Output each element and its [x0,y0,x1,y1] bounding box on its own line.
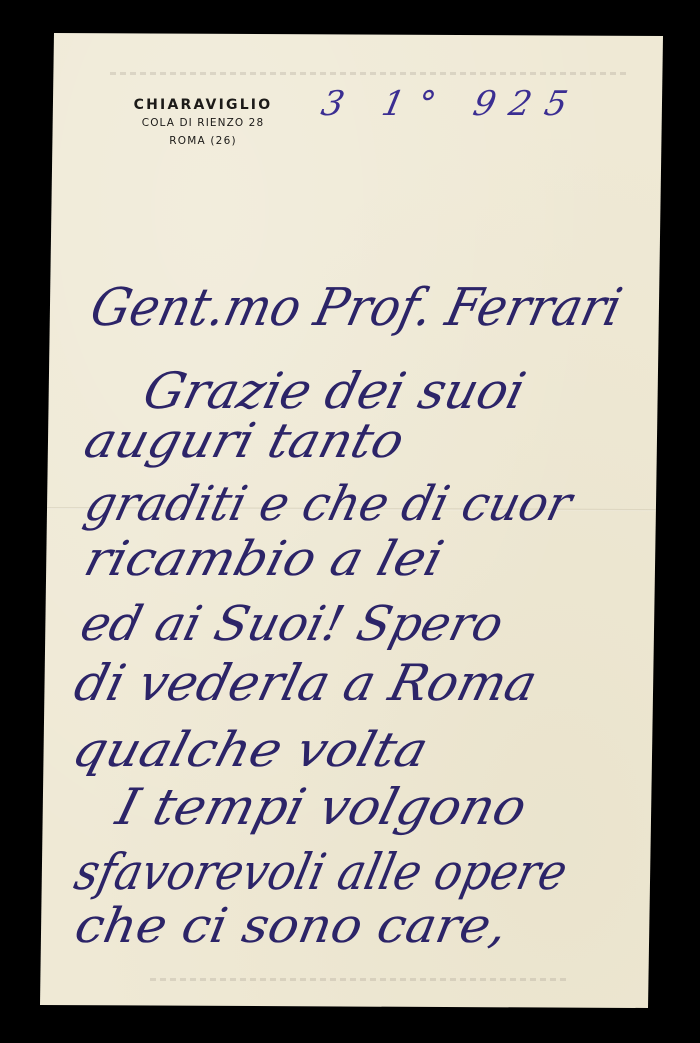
letterhead-city: ROMA (26) [110,133,296,150]
letter-line: che ci sono care, [71,898,512,954]
letter-line: di vederla a Roma [69,654,543,712]
letterhead: CHIARAVIGLIO COLA DI RIENZO 28 ROMA (26) [110,96,296,150]
letter-line: ed ai Suoi! Spero [75,596,509,652]
letter-paper: CHIARAVIGLIO COLA DI RIENZO 28 ROMA (26)… [0,0,700,1043]
ink-bleed-through [110,72,630,75]
letter-line: Grazie dei suoi [138,362,531,420]
letter-line: graditi e che di cuor [79,476,577,532]
letter-date: 3 1° 925 [318,84,585,124]
letter-line: auguri tanto [79,413,410,469]
letter-line: qualche volta [66,722,434,778]
letter-line: sfavorevoli alle opere [69,843,572,901]
letter-line: ricambio a lei [79,531,450,587]
ink-bleed-through [150,978,570,981]
salutation: Gent.mo Prof. Ferrari [85,278,627,338]
letterhead-name: CHIARAVIGLIO [110,96,296,114]
letterhead-address: COLA DI RIENZO 28 [110,114,296,133]
letter-line: I tempi volgono [111,778,533,836]
